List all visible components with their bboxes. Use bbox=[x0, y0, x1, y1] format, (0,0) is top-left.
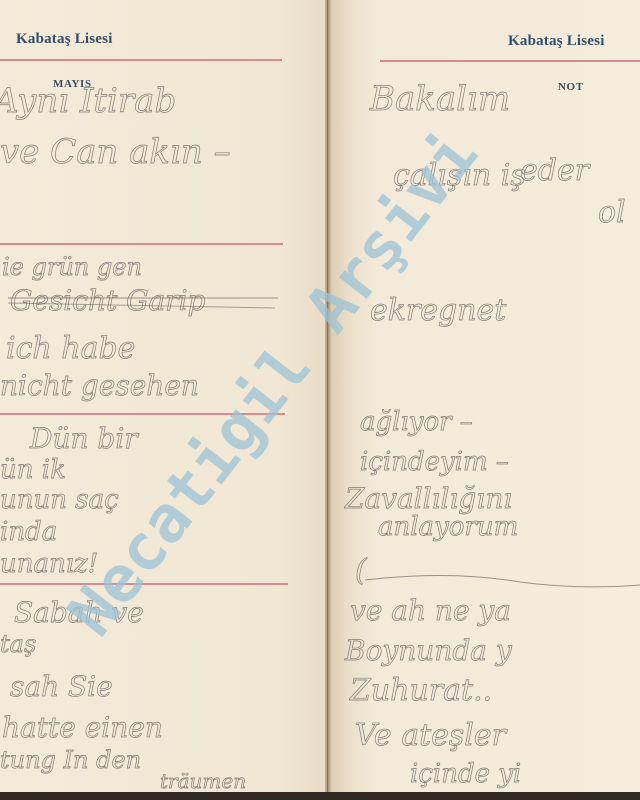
left-page-header: Kabataş Lisesi bbox=[16, 31, 113, 48]
right-header-rule bbox=[380, 60, 640, 62]
left-rule-1 bbox=[0, 243, 283, 245]
left-page-month-label: MAYIS bbox=[53, 78, 92, 90]
left-header-rule bbox=[0, 59, 282, 61]
gutter-fold-line bbox=[327, 0, 328, 792]
left-page bbox=[0, 0, 327, 792]
scan-bottom-edge bbox=[0, 792, 640, 800]
notebook-spread: Kabataş Lisesi Kabataş Lisesi MAYIS NOT … bbox=[0, 0, 640, 792]
right-page-header: Kabataş Lisesi bbox=[508, 33, 605, 50]
left-rule-2 bbox=[0, 413, 285, 415]
left-rule-3 bbox=[0, 583, 288, 585]
right-page-note-label: NOT bbox=[558, 81, 584, 93]
right-page bbox=[331, 0, 640, 792]
binding-gutter bbox=[325, 0, 331, 792]
